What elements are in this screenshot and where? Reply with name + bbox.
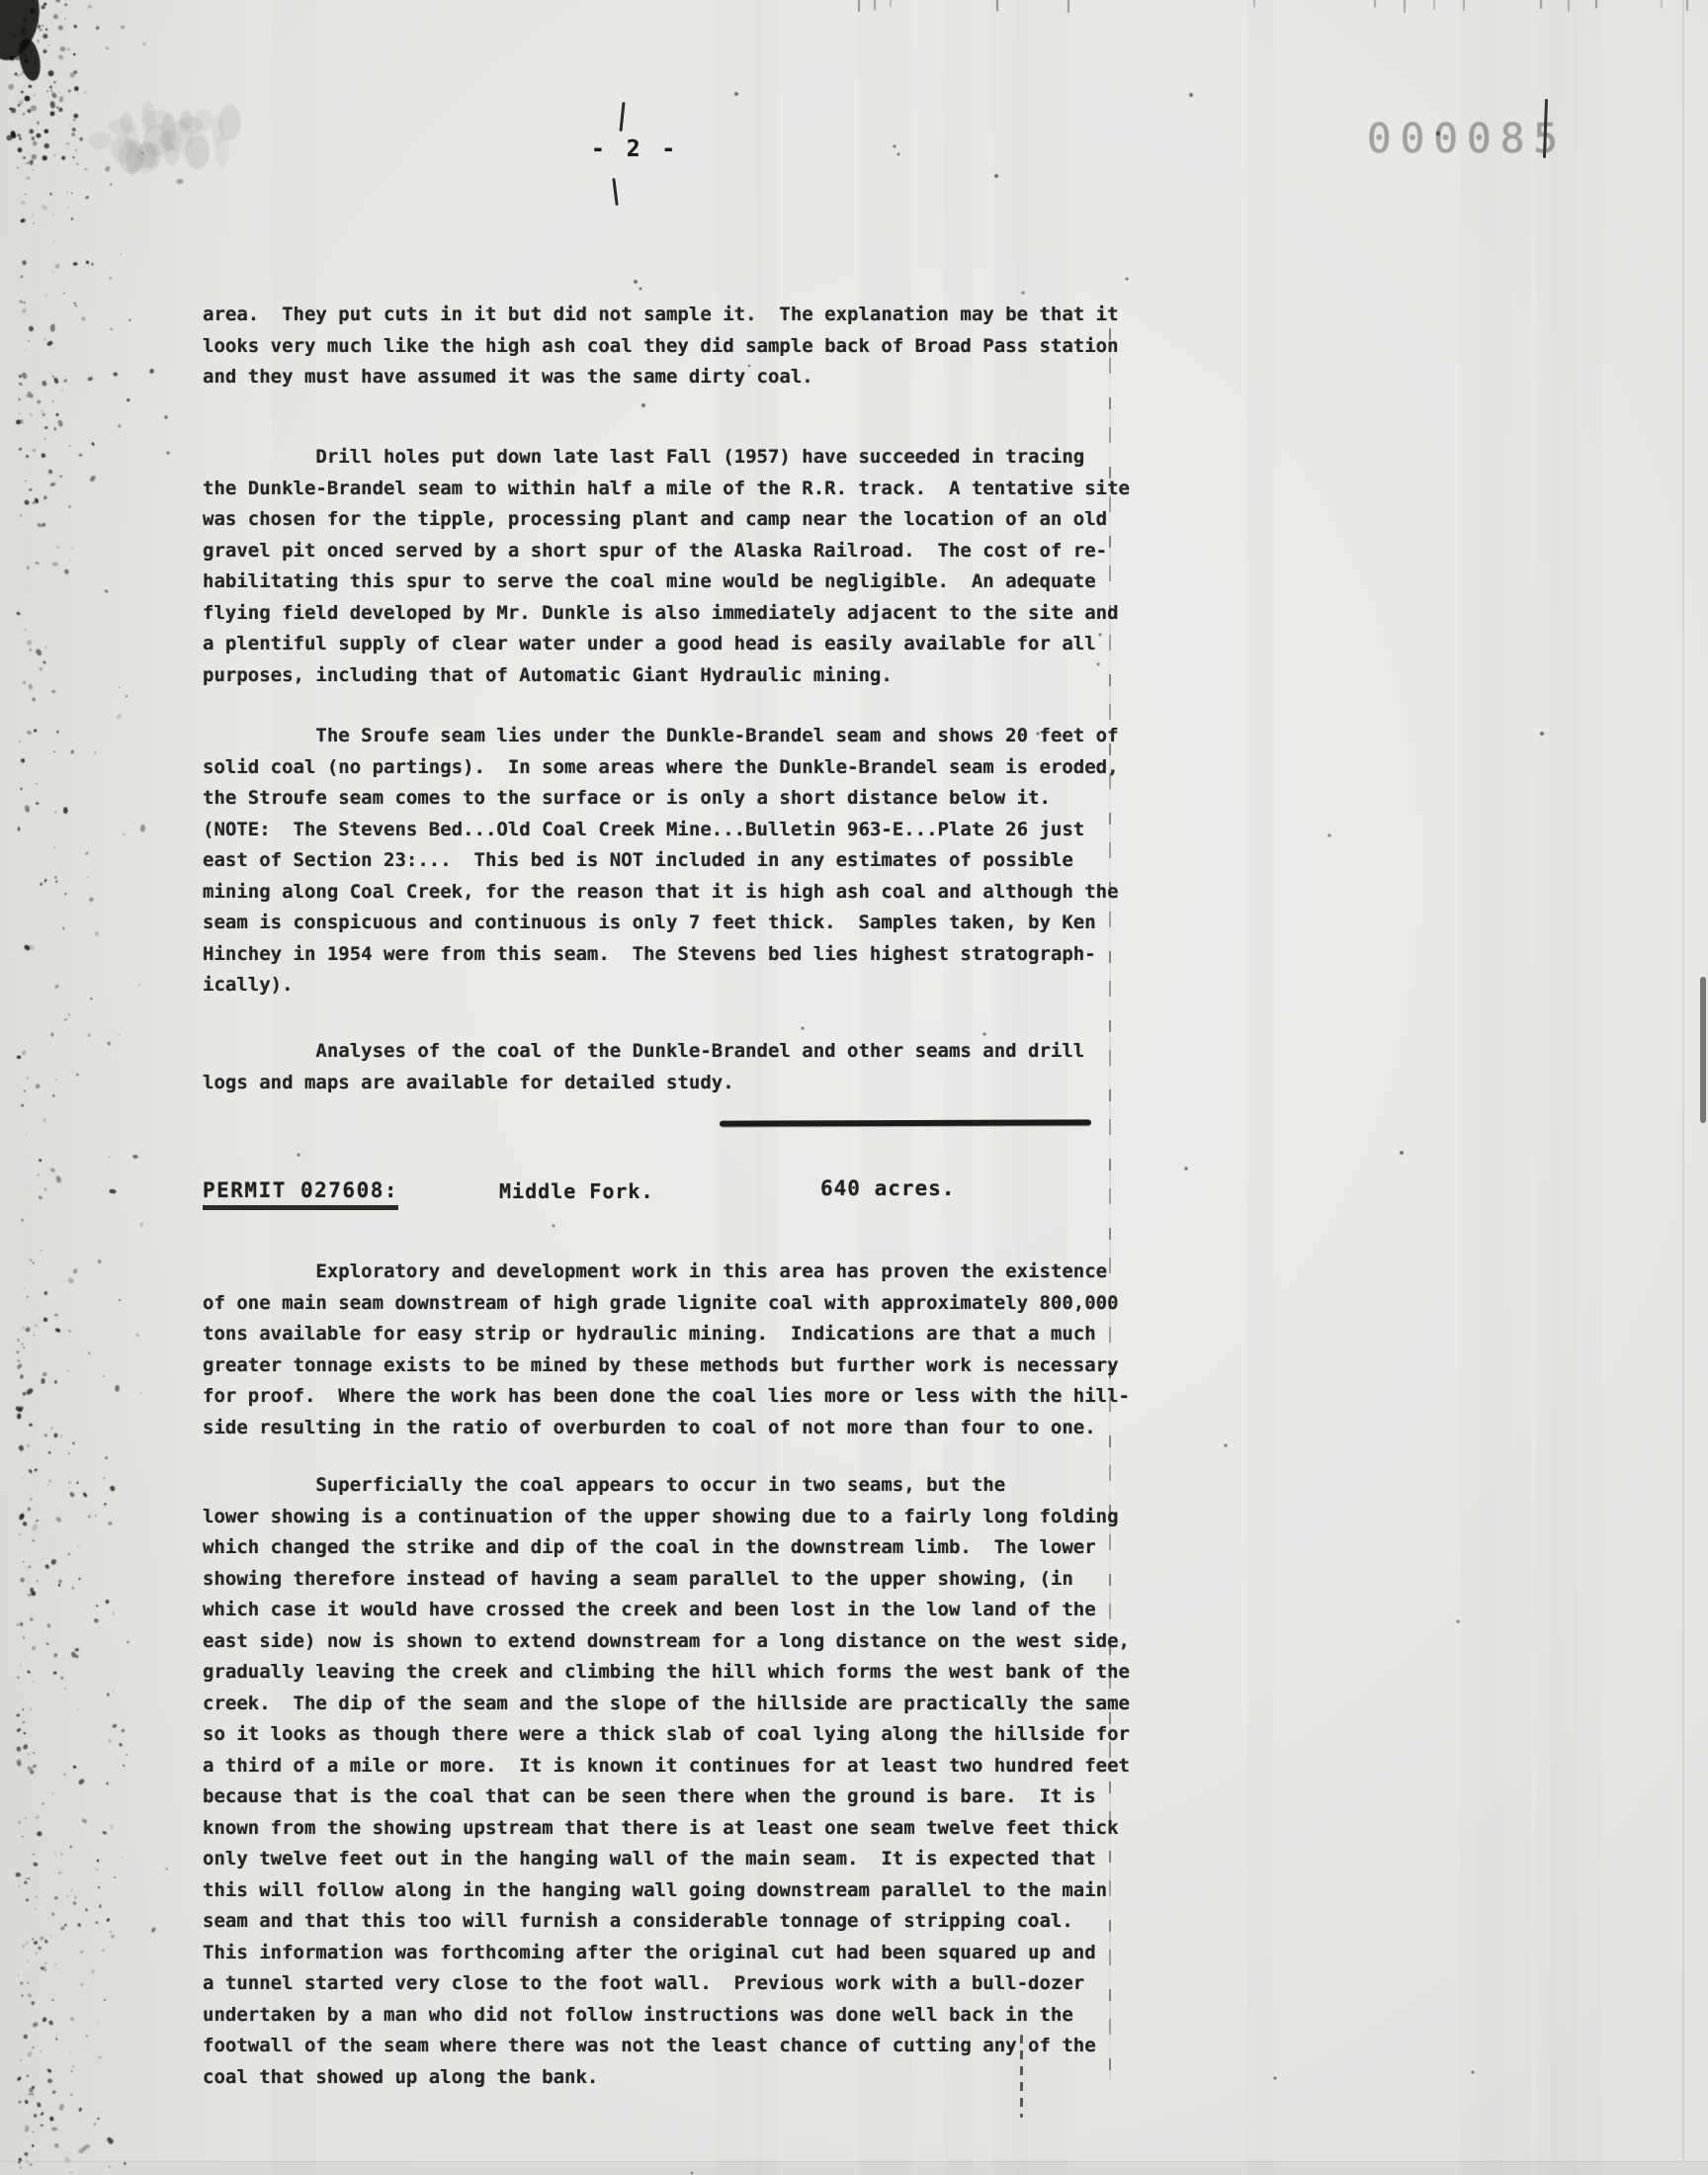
right-margin-crease-line xyxy=(1109,328,1111,2080)
stray-mark xyxy=(612,178,618,206)
paragraph-drill-holes: Drill holes put down late last Fall (195… xyxy=(203,442,1201,691)
paragraph-analyses: Analyses of the coal of the Dunkle-Brand… xyxy=(203,1036,1201,1098)
page-fold-line xyxy=(1682,0,1684,2175)
stray-mark xyxy=(1020,2035,1023,2118)
permit-heading: PERMIT 027608: Middle Fork. 640 acres. xyxy=(203,1178,1092,1218)
page-number: - 2 - xyxy=(591,136,679,162)
permit-number-label: PERMIT 027608: xyxy=(203,1178,398,1210)
bates-stamp-number: 000085 xyxy=(1367,115,1567,162)
paragraph-sroufe-seam: The Sroufe seam lies under the Dunkle-Br… xyxy=(203,721,1201,1001)
scan-bottom-edge xyxy=(0,2161,1708,2175)
paragraph-exploratory: Exploratory and development work in this… xyxy=(203,1257,1201,1443)
right-edge-ink-mark xyxy=(1700,977,1706,1123)
section-divider-rule xyxy=(720,1119,1091,1126)
paragraph-continuation: area. They put cuts in it but did not sa… xyxy=(203,300,1201,393)
permit-acreage: 640 acres. xyxy=(820,1176,955,1200)
paragraph-superficially: Superficially the coal appears to occur … xyxy=(203,1470,1201,2093)
permit-area-name: Middle Fork. xyxy=(499,1179,654,1203)
scanned-document-page: - 2 - 000085 area. They put cuts in it b… xyxy=(0,0,1708,2175)
stray-mark xyxy=(619,102,625,131)
